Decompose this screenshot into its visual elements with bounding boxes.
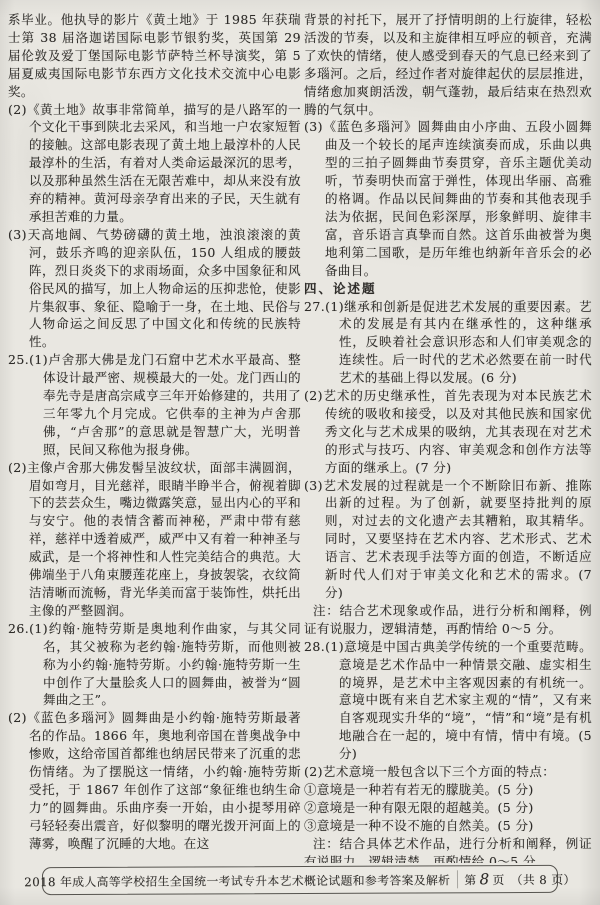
page-word-suffix: 页 [492,873,504,887]
paragraph: 背景的衬托下，展开了抒情明朗的上行旋律，轻松活泼的节奏，以及和主旋律相互呼应的顿… [304,11,592,118]
item-label: 25.(1) [8,352,48,367]
page-number: 8 [477,870,493,888]
item-label: (2) [8,102,27,117]
paragraph: 28.(1)意境是中国古典美学传统的一个重要范畴。意境是艺术作品中一种情景交融、… [304,638,592,763]
item-label: (2) [304,764,323,779]
item-label: (2) [8,710,27,725]
footer-box: 2018 年成人高等学校招生全国统一考试专升本艺术概论试题和参考答案及解析 第8… [42,865,558,895]
paragraph: (2)艺术意境一般包含以下三个方面的特点： [304,763,592,781]
paragraph: ①意境是一种若有若无的朦胧美。(5 分) [304,781,592,799]
footer-total-pages: （共 8 页） [511,870,576,887]
paragraph: (2)主像卢舍那大佛发髻呈波纹状，面部丰满圆润，眉如弯月，目光慈祥，眼睛半睁半合… [8,459,301,620]
paragraph: (2)《蓝色多瑙河》圆舞曲是小约翰·施特劳斯最著名的作品。1866 年，奥地利帝… [8,709,301,852]
paragraph: 注：结合艺术现象或作品，进行分析和阐释，例证有说服力，逻辑清楚，再酌情给 0～5… [304,602,592,638]
paragraph: (3)艺术发展的过程就是一个不断除旧布新、推陈出新的过程。为了创新，就要坚持批判… [304,477,592,602]
section-heading: 四、论述题 [304,280,592,298]
paragraph: 27.(1)继承和创新是促进艺术发展的重要因素。艺术的发展是有其内在继承性的，这… [304,298,592,388]
item-label: (2) [8,460,27,475]
paragraph: (2)《黄土地》故事非常简单，描写的是八路军的一个文化干事到陕北去采风，和当地一… [8,101,301,226]
item-label: (3) [304,119,323,134]
paragraph: 系毕业。他执导的影片《黄土地》于 1985 年获瑞士第 38 届洛迦诺国际电影节… [8,11,301,101]
scanned-page: 系毕业。他执导的影片《黄土地》于 1985 年获瑞士第 38 届洛迦诺国际电影节… [0,0,600,905]
item-label: 26.(1) [8,621,48,636]
item-label: (2) [304,388,323,403]
page-word-prefix: 第 [464,873,476,887]
paragraph: (3)天高地阔、气势磅礴的黄土地，浊浪滚滚的黄河，鼓乐齐鸣的迎亲队伍，150 人… [8,226,301,351]
paragraph: ②意境是一种有限无限的超越美。(5 分) [304,799,592,817]
footer-page-label: 第8页 [457,870,504,888]
item-label: 28.(1) [304,639,344,654]
paragraph: 26.(1)约翰·施特劳斯是奥地利作曲家，与其父同名，其父被称为老约翰·施特劳斯… [8,620,301,710]
item-label: (3) [304,478,323,493]
paragraph: (3)《蓝色多瑙河》圆舞曲由小序曲、五段小圆舞曲及一个较长的尾声连续演奏而成，乐… [304,118,592,279]
paragraph: 25.(1)卢舍那大佛是龙门石窟中艺术水平最高、整体设计最严密、规模最大的一处。… [8,351,301,458]
left-column: 系毕业。他执导的影片《黄土地》于 1985 年获瑞士第 38 届洛迦诺国际电影节… [8,11,301,863]
item-label: 27.(1) [304,299,344,314]
paragraph: (2)艺术的历史继承性，首先表现为对本民族艺术传统的吸收和接受，以及对其他民族和… [304,387,592,477]
paragraph: ③意境是一种不设不施的自然美。(5 分) [304,817,592,835]
paragraph: 注：结合具体艺术作品，进行分析和阐释，例证有说服力，逻辑清楚，再酌情给 0～5 … [304,835,592,863]
right-column: 背景的衬托下，展开了抒情明朗的上行旋律，轻松活泼的节奏，以及和主旋律相互呼应的顿… [304,11,592,863]
footer-title: 2018 年成人高等学校招生全国统一考试专升本艺术概论试题和参考答案及解析 [24,871,450,890]
item-label: (3) [8,227,27,242]
